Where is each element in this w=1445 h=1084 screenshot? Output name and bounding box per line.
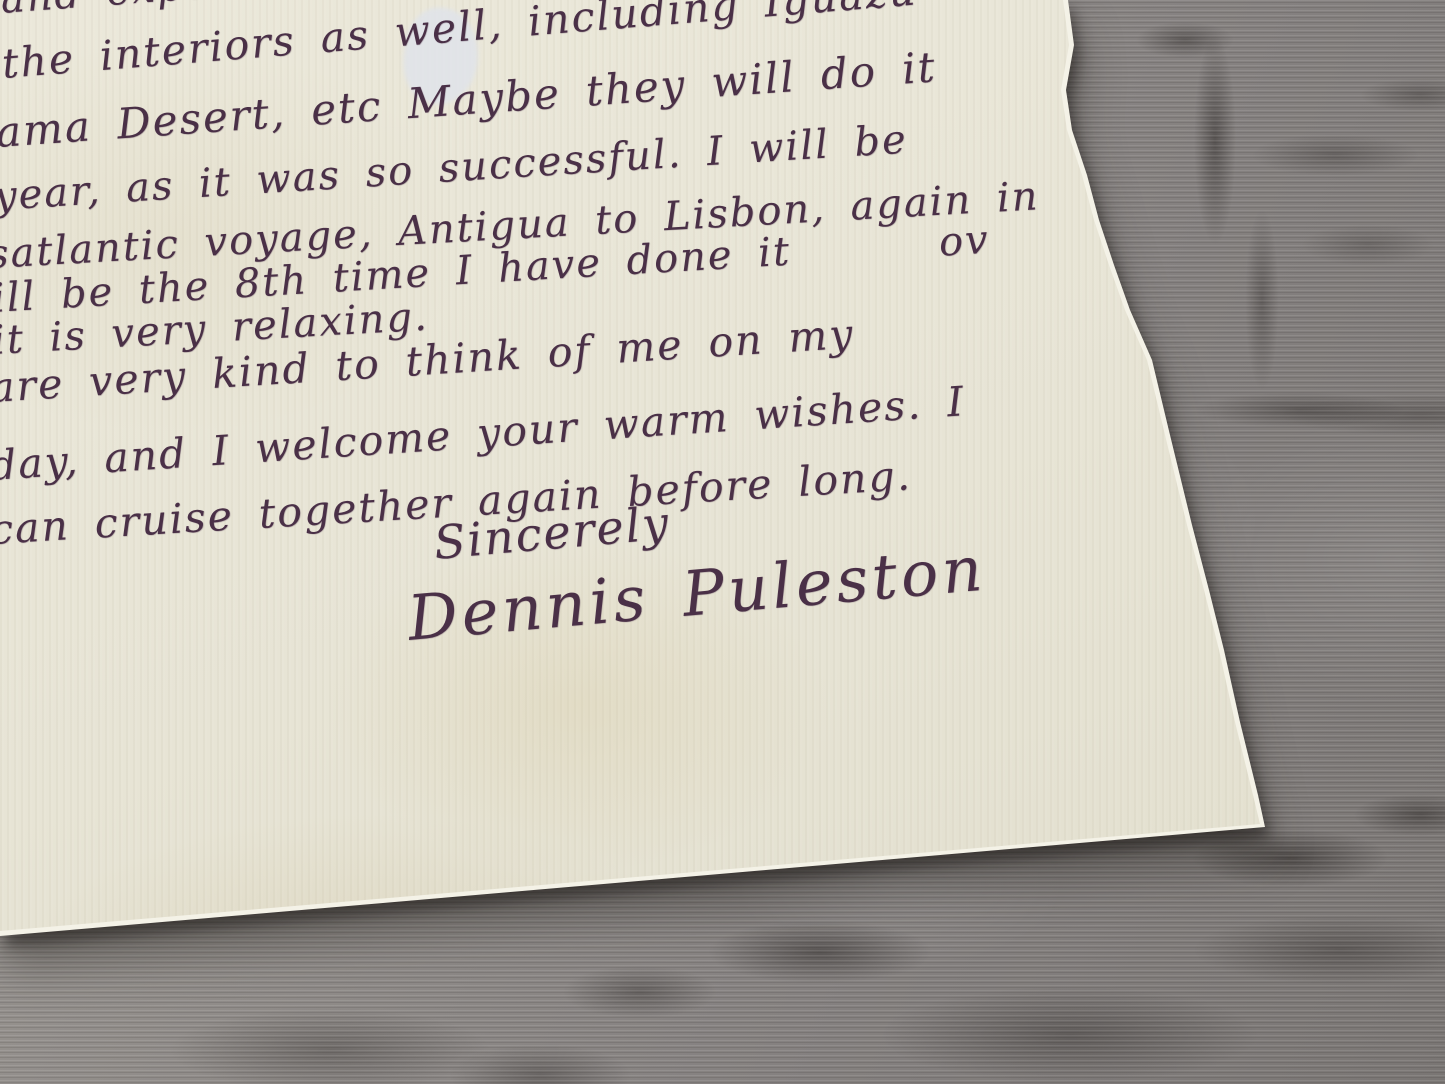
letter-paper-stack: land expeditions the interiors as well, … [0, 0, 1445, 1084]
photo-of-letter: land expeditions the interiors as well, … [0, 0, 1445, 1084]
letter-paper: land expeditions the interiors as well, … [0, 0, 1445, 1084]
